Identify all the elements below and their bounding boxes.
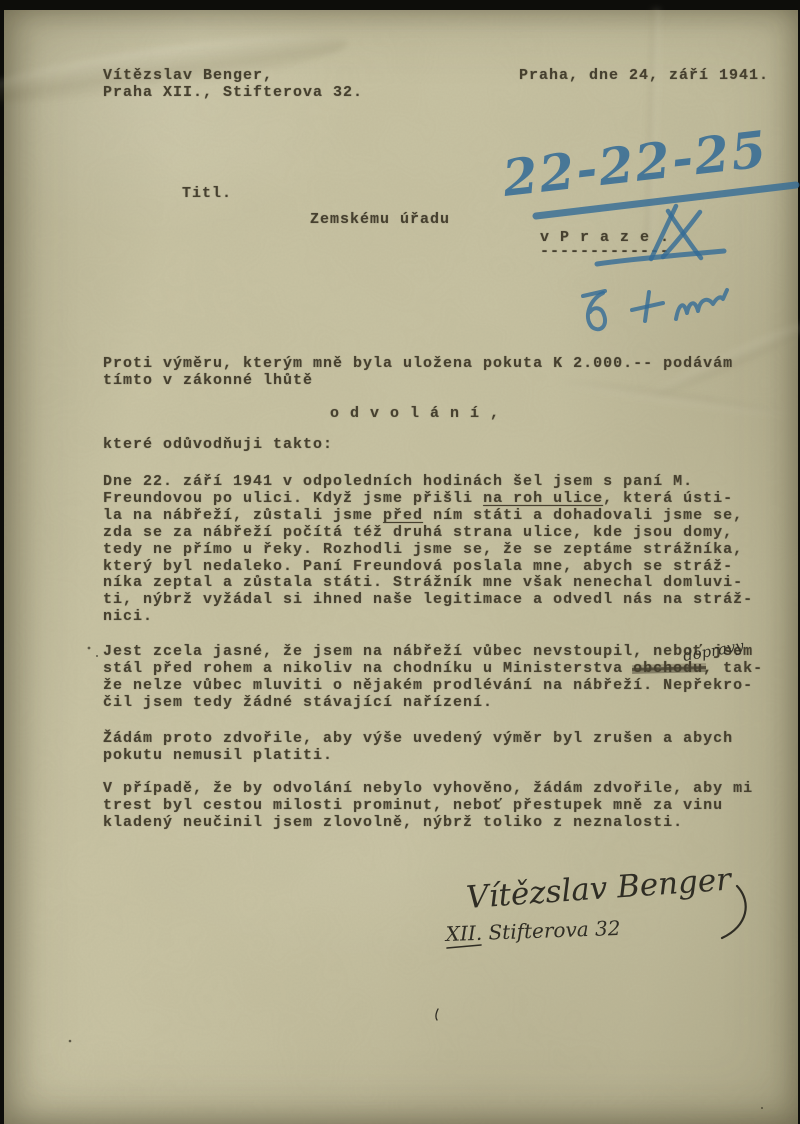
dateline: Praha, dne 24, září 1941. xyxy=(519,68,769,85)
appeal-heading: o d v o l á n í , xyxy=(330,406,500,423)
body-lead: které odůvodňuji takto: xyxy=(103,437,333,454)
body-paragraph-1: Dne 22. září 1941 v odpoledních hodinách… xyxy=(103,474,753,626)
sender-address: Vítězslav Benger,Praha XII., Stifterova … xyxy=(103,68,363,102)
place-underline-dashes: ------------- xyxy=(540,244,670,261)
body-intro: Proti výměru, kterým mně byla uložena po… xyxy=(103,356,733,390)
salutation: Titl. xyxy=(182,186,232,203)
recipient-line: Zemskému úřadu xyxy=(310,212,450,229)
body-paragraph-2: Jest zcela jasné, že jsem na nábřeží vůb… xyxy=(103,644,763,712)
body-paragraph-3: Žádám proto zdvořile, aby výše uvedený v… xyxy=(103,731,733,765)
body-paragraph-4: V případě, že by odvolání nebylo vyhověn… xyxy=(103,781,753,832)
scanned-letter-page: Vítězslav Benger,Praha XII., Stifterova … xyxy=(0,0,800,1124)
